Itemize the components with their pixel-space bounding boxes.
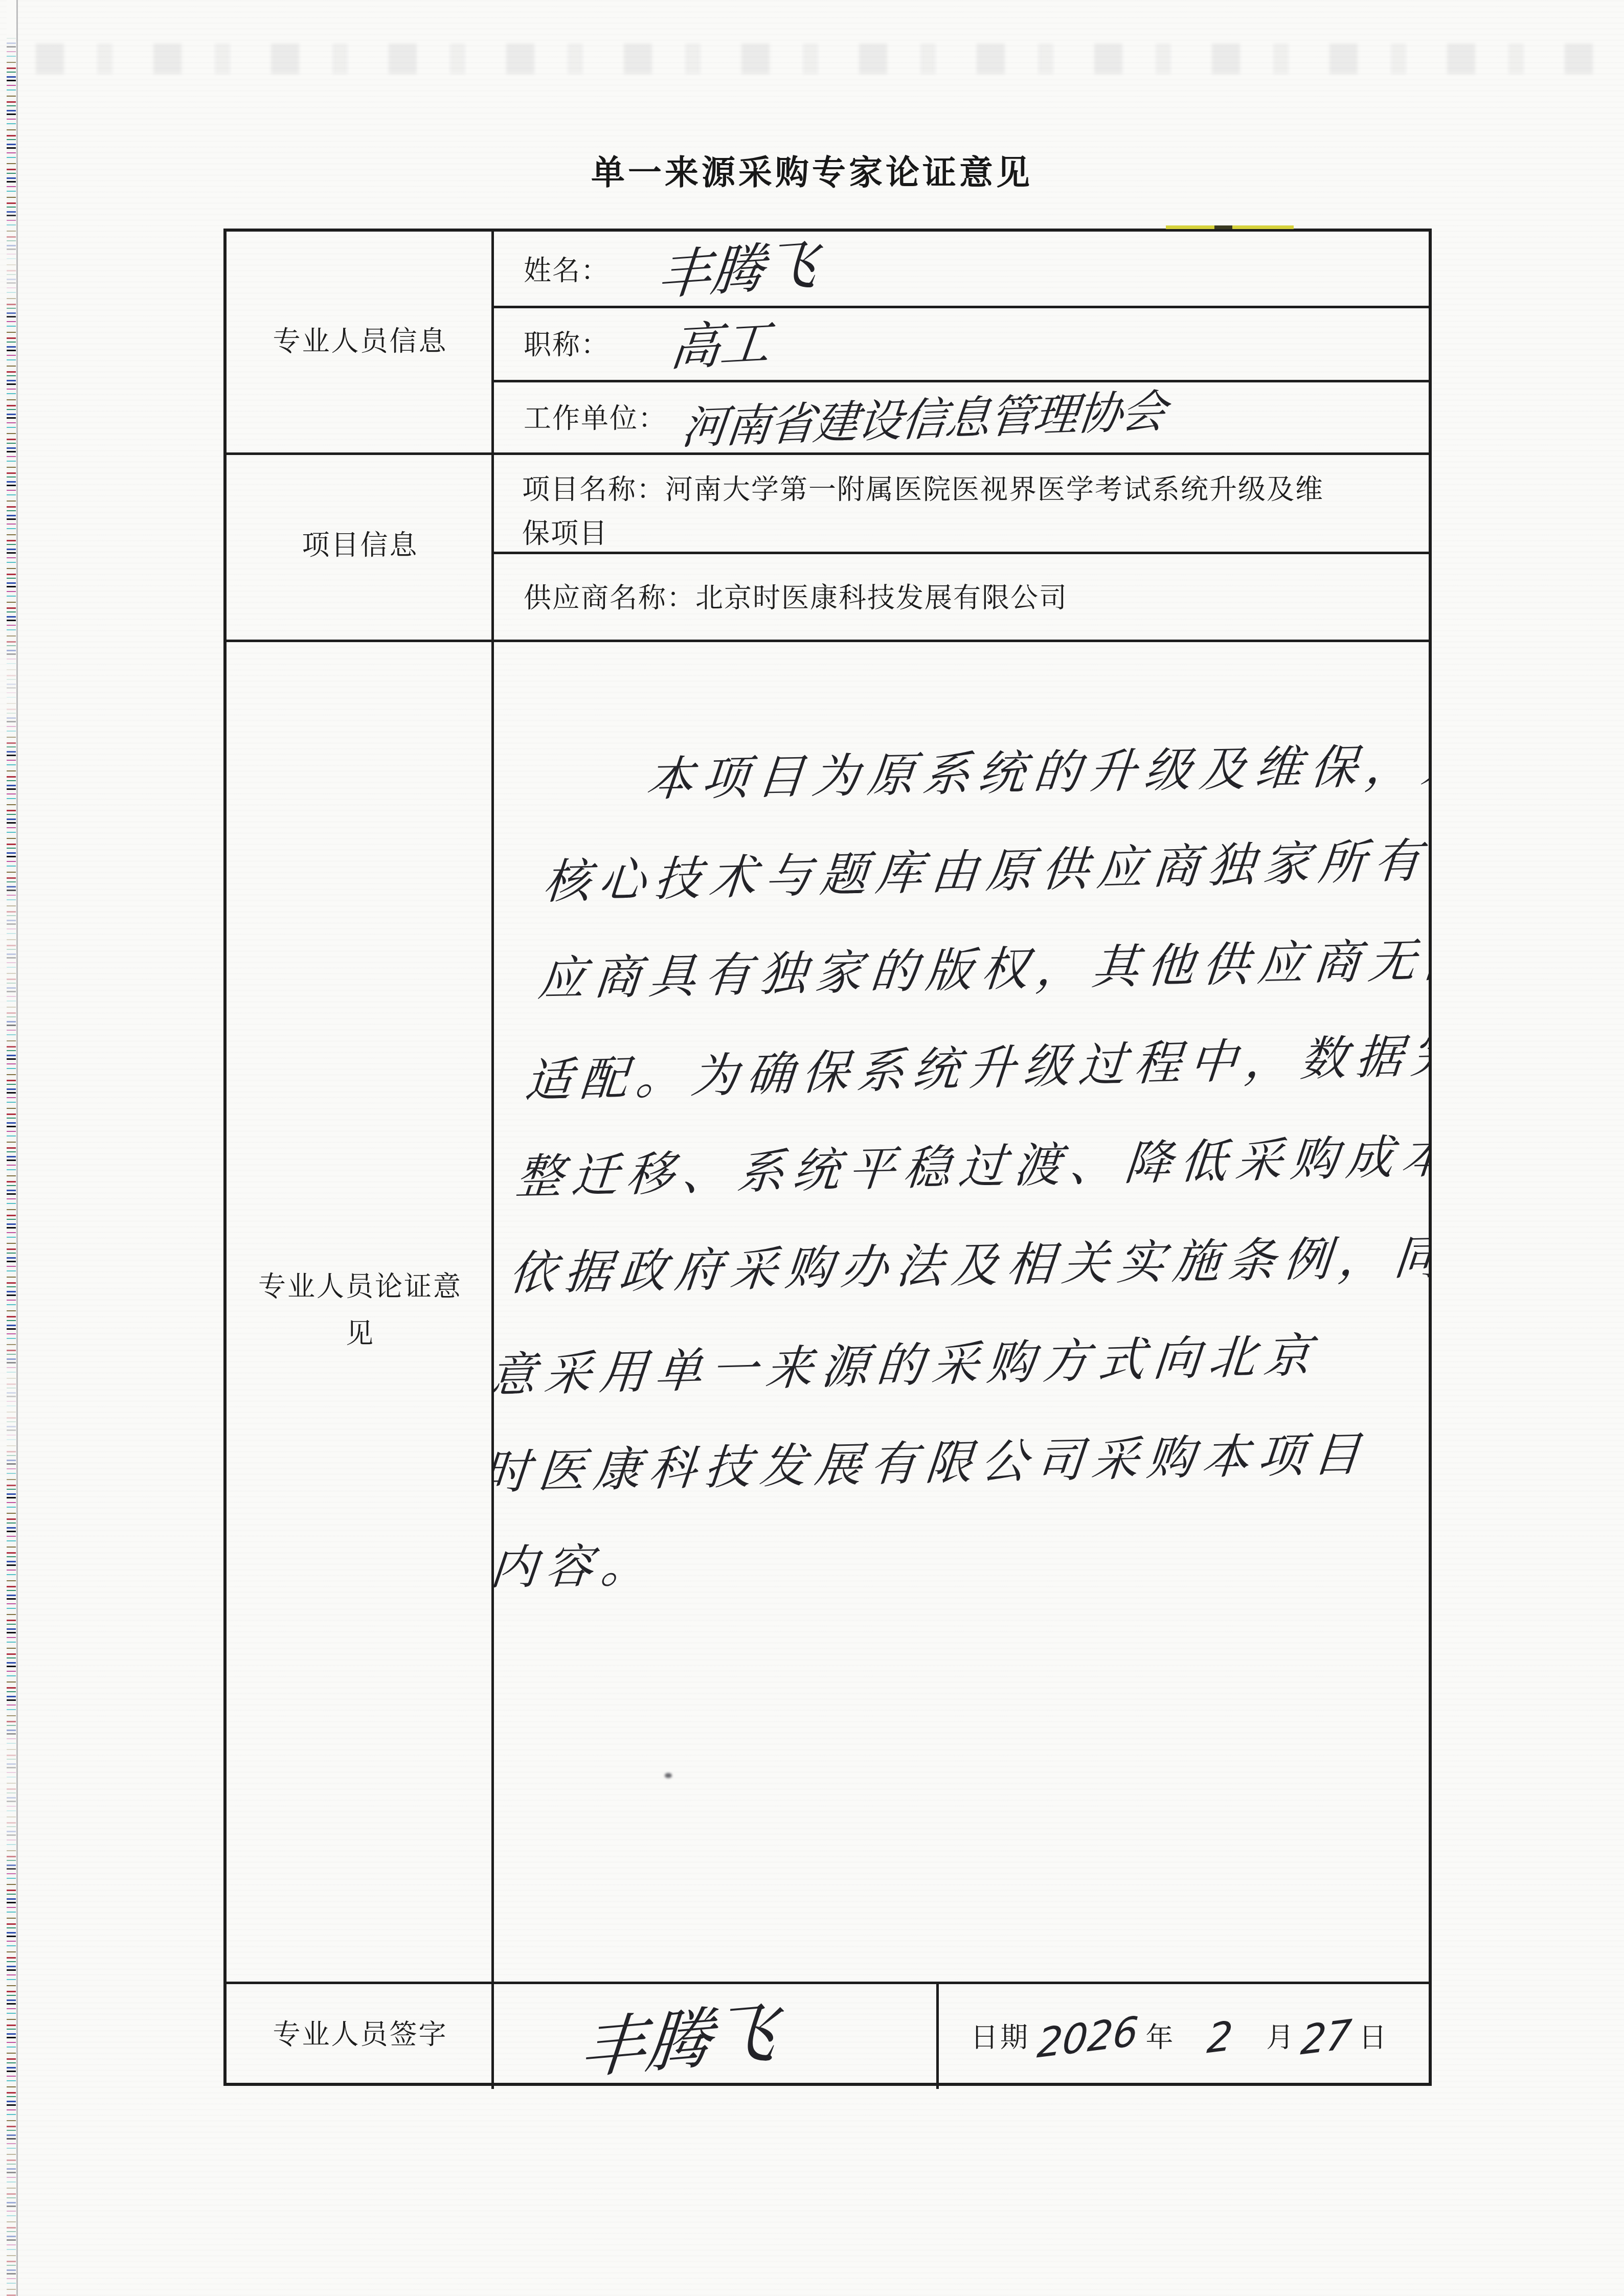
supplier-value: 北京时医康科技发展有限公司 <box>695 576 1068 616</box>
name-handwritten-value: 丰腾飞 <box>655 221 821 309</box>
project-info-label: 项目信息 <box>302 522 419 570</box>
cell-signature-label: 专业人员签字 <box>227 1982 494 2089</box>
row-work-unit: 工作单位： 河南省建设信息管理协会 <box>494 380 1429 452</box>
form-table: 专业人员信息 项目信息 专业人员论证意见 专业人员签字 姓名： 丰腾飞 职称： … <box>223 229 1432 2086</box>
row-name: 姓名： 丰腾飞 <box>494 232 1429 306</box>
opinion-line: 依据政府采购办法及相关实施条例，同 <box>503 1227 1424 1342</box>
opinion-line: 本项目为原系统的升级及维保，系统 <box>640 735 1429 848</box>
cell-professional-info-label: 专业人员信息 <box>227 232 494 452</box>
job-title-handwritten-value: 高工 <box>667 302 775 380</box>
name-label: 姓名： <box>524 249 610 288</box>
row-supplier: 供应商名称： 北京时医康科技发展有限公司 <box>494 552 1429 640</box>
date-year-unit: 年 <box>1146 2016 1174 2055</box>
project-name-paragraph: 项目名称：河南大学第一附属医院医视界医学考试系统升级及维保项目 <box>494 452 1335 556</box>
scan-yellow-artifact <box>1166 225 1294 229</box>
scan-dot-artifact <box>665 1773 672 1778</box>
scan-smudge-band <box>36 43 1598 74</box>
job-title-label: 职称： <box>524 323 610 362</box>
opinion-line: 内容。 <box>494 1525 1392 1636</box>
opinion-label: 专业人员论证意见 <box>256 1264 465 1358</box>
project-name-label: 项目名称： <box>522 474 665 505</box>
scanned-document-page: 单一来源采购专家论证意见 专业人员信息 项目信息 专业人员论证意见 专业人员签字… <box>0 0 1624 2296</box>
date-day-handwritten: 27 <box>1299 2011 1354 2064</box>
date-month-handwritten: 2 <box>1205 2013 1234 2063</box>
signature-handwritten-name: 丰腾飞 <box>577 1979 781 2092</box>
document-title: 单一来源采购专家论证意见 <box>0 145 1624 194</box>
opinion-line: 核心技术与题库由原供应商独家所有。原供 <box>538 829 1429 950</box>
date-year-handwritten: 2026 <box>1035 2008 1140 2067</box>
cell-opinion-content: 本项目为原系统的升级及维保，系统 核心技术与题库由原供应商独家所有。原供 应商具… <box>494 640 1429 1982</box>
date-month-unit: 月 <box>1266 2016 1294 2055</box>
cell-signature: 丰腾飞 <box>494 1982 939 2089</box>
supplier-label: 供应商名称： <box>524 576 695 616</box>
opinion-handwritten-text: 本项目为原系统的升级及维保，系统 核心技术与题库由原供应商独家所有。原供 应商具… <box>494 742 1429 1630</box>
cell-project-info-label: 项目信息 <box>227 452 494 640</box>
opinion-line: 时医康科技发展有限公司采购本项目 <box>494 1423 1403 1540</box>
work-unit-label: 工作单位： <box>524 397 667 436</box>
date-day-unit: 日 <box>1359 2016 1386 2055</box>
date-label: 日期 <box>971 2016 1030 2055</box>
cell-opinion-label: 专业人员论证意见 <box>227 640 494 1982</box>
signature-label: 专业人员签字 <box>273 2012 448 2059</box>
professional-info-label: 专业人员信息 <box>273 319 448 366</box>
scan-edge-line <box>16 0 18 2296</box>
work-unit-handwritten-value: 河南省建设信息管理协会 <box>679 375 1169 457</box>
row-job-title: 职称： 高工 <box>494 306 1429 380</box>
row-project-name: 项目名称：河南大学第一附属医院医视界医学考试系统升级及维保项目 <box>494 452 1429 552</box>
scan-noise-strip <box>7 0 16 2296</box>
cell-date: 日期 2026 年 2 月 27 日 <box>939 1982 1429 2089</box>
opinion-line: 整迁移、系统平稳过渡、降低采购成本， <box>510 1126 1429 1245</box>
